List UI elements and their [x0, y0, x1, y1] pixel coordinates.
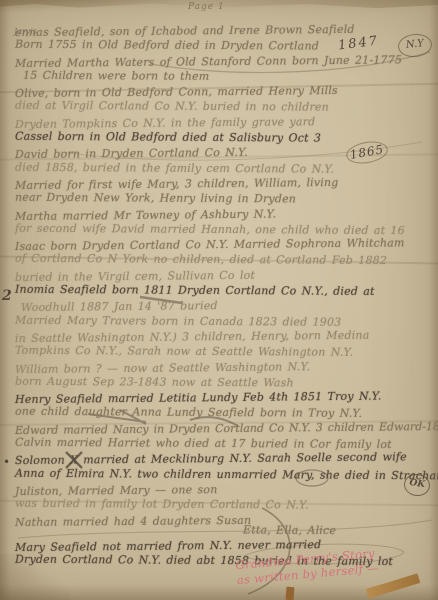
manuscript-page: Page 1 ennas Seafield, son of Ichabod an…	[0, 0, 438, 600]
interlinear-insertion-jarvis: Jarvis	[14, 27, 37, 36]
tape-fragment	[366, 573, 421, 598]
manuscript-lines: ennas Seafield, son of Ichabod and Irene…	[5, 24, 435, 570]
tape-fragment	[286, 587, 295, 600]
margin-number-2: 2	[2, 288, 12, 304]
page-number-label: Page 1	[188, 2, 225, 12]
margin-bullet: •	[3, 455, 10, 469]
